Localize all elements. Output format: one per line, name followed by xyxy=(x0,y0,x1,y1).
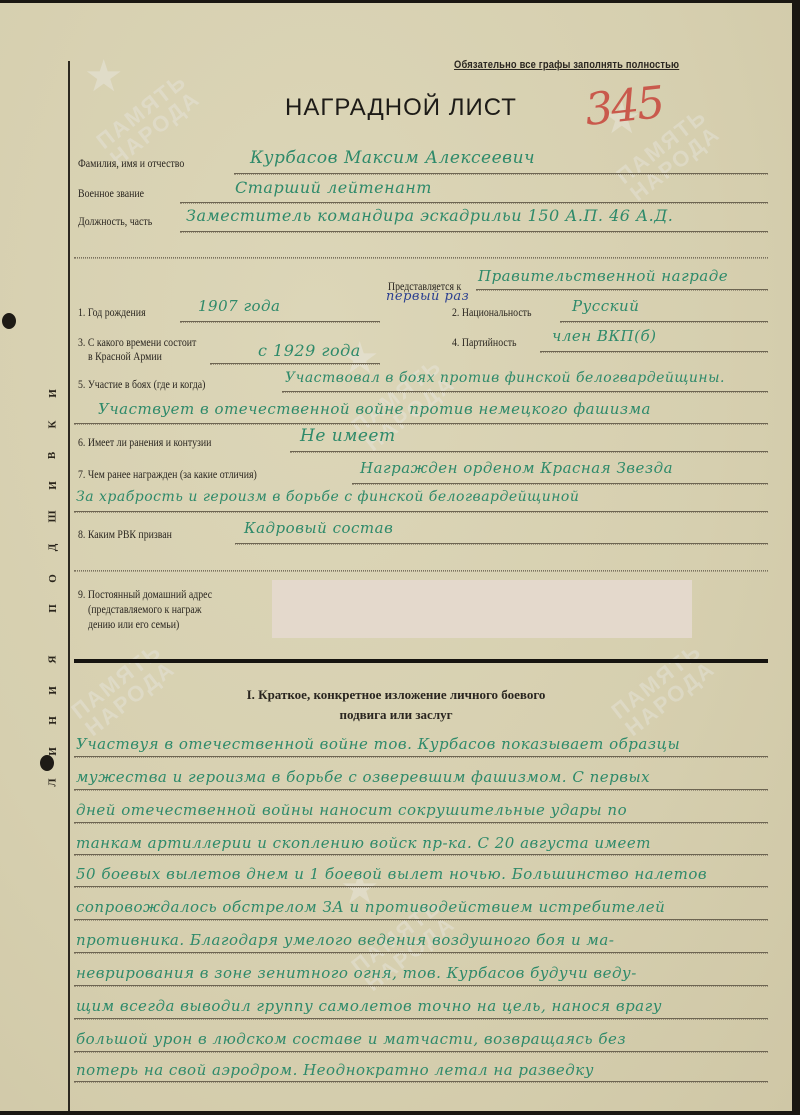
narrative-line: Участвуя в отечественной войне тов. Курб… xyxy=(76,735,680,753)
field-rule xyxy=(180,202,768,204)
wounds-value: Не имеет xyxy=(300,426,396,446)
wounds-label: 6. Имеет ли ранения и контузии xyxy=(78,435,211,450)
narrative-line: дней отечественной войны наносит сокруши… xyxy=(76,801,627,819)
service-since-label-1: 3. С какого времени состоит xyxy=(78,335,196,350)
name-value: Курбасов Максим Алексеевич xyxy=(250,148,535,168)
birth-year-value: 1907 года xyxy=(198,297,281,315)
nationality-value: Русский xyxy=(572,297,639,315)
field-rule xyxy=(282,391,768,393)
binding-letter: И xyxy=(48,747,59,756)
draft-office-label: 8. Каким РВК призван xyxy=(78,527,172,542)
narrative-line: танкам артиллерии и скоплению войск пр-к… xyxy=(76,834,651,852)
nomination-value: Правительственной награде xyxy=(478,267,728,285)
field-rule xyxy=(560,321,768,323)
page-title: НАГРАДНОЙ ЛИСТ xyxy=(285,94,517,122)
narrative-line: неврирования в зоне зенитного огня, тов.… xyxy=(76,964,637,982)
binding-letter: В xyxy=(48,451,59,458)
address-label-2: (представляемого к награж xyxy=(88,602,202,617)
service-since-label-2: в Красной Армии xyxy=(88,349,162,364)
field-rule xyxy=(74,822,768,824)
narrative-line: сопровождалось обстрелом ЗА и противодей… xyxy=(76,898,665,916)
award-sheet-page: Л И Н И Я П О Д Ш И В К И ★ ПАМЯТЬНАРОДА… xyxy=(0,3,792,1111)
field-rule xyxy=(74,1018,768,1020)
combat-participation-value-2: Участвует в отечественной войне против н… xyxy=(98,400,651,418)
party-value: член ВКП(б) xyxy=(552,327,656,345)
field-rule xyxy=(540,351,768,353)
binding-letter: К xyxy=(47,420,58,428)
field-rule xyxy=(210,363,380,365)
section-divider xyxy=(74,257,768,259)
prior-awards-value-2: За храбрость и героизм в борьбе с финско… xyxy=(76,489,579,505)
narrative-line: противника. Благодаря умелого ведения во… xyxy=(76,931,614,949)
rank-value: Старший лейтенант xyxy=(235,178,432,197)
binding-line xyxy=(68,61,70,1111)
field-rule xyxy=(74,886,768,888)
binding-letter: Я xyxy=(47,655,58,663)
prior-awards-label: 7. Чем ранее награжден (за какие отличия… xyxy=(78,467,257,482)
party-label: 4. Партийность xyxy=(452,335,517,350)
binding-letter: Д xyxy=(47,544,58,552)
field-rule xyxy=(74,854,768,856)
binding-line-label: Л И Н И Я П О Д Ш И В К И xyxy=(46,388,60,788)
rank-label: Военное звание xyxy=(78,186,144,201)
address-label-1: 9. Постоянный домашний адрес xyxy=(78,587,212,602)
binding-letter: П xyxy=(48,605,59,614)
binding-letter: И xyxy=(48,389,59,398)
name-label: Фамилия, имя и отчество xyxy=(78,156,184,171)
combat-participation-value-1: Участвовал в боях против финской белогва… xyxy=(285,370,725,386)
position-value: Заместитель командира эскадрильи 150 А.П… xyxy=(186,206,673,225)
field-rule xyxy=(74,756,768,758)
prior-awards-value-1: Награжден орденом Красная Звезда xyxy=(360,459,673,477)
binding-letter: Л xyxy=(47,778,58,786)
field-rule xyxy=(476,289,768,291)
field-rule xyxy=(180,321,380,323)
field-rule xyxy=(352,483,768,485)
section-thick-divider xyxy=(74,659,768,663)
birth-year-label: 1. Год рождения xyxy=(78,305,146,320)
address-redacted xyxy=(272,580,692,638)
section-1-heading: I. Краткое, конкретное изложение личного… xyxy=(0,685,792,725)
nationality-label: 2. Национальность xyxy=(452,305,531,320)
draft-office-value: Кадровый состав xyxy=(244,519,393,537)
narrative-line: 50 боевых вылетов днем и 1 боевой вылет … xyxy=(76,865,707,883)
field-rule xyxy=(180,231,768,233)
field-rule xyxy=(74,511,768,513)
field-rule xyxy=(290,451,768,453)
field-rule xyxy=(74,1051,768,1053)
field-rule xyxy=(235,543,768,545)
field-rule xyxy=(74,952,768,954)
binding-letter: Ш xyxy=(48,511,59,523)
binding-letter: И xyxy=(48,482,59,491)
service-since-value: с 1929 года xyxy=(258,341,361,360)
narrative-line: щим всегда выводил группу самолетов точн… xyxy=(76,997,662,1015)
field-rule xyxy=(74,919,768,921)
narrative-line: мужества и героизма в борьбе с озверевши… xyxy=(76,768,650,786)
section-1-heading-line-1: I. Краткое, конкретное изложение личного… xyxy=(0,685,792,705)
position-label: Должность, часть xyxy=(78,214,152,229)
narrative-line: потерь на свой аэродром. Неоднократно ле… xyxy=(76,1061,594,1079)
field-rule xyxy=(74,1081,768,1083)
field-rule xyxy=(74,570,768,572)
registration-number: 345 xyxy=(583,77,666,136)
field-rule xyxy=(74,423,768,425)
fill-all-fields-notice: Обязательно все графы заполнять полность… xyxy=(454,59,679,71)
binding-letter: О xyxy=(48,574,59,583)
section-1-heading-line-2: подвига или заслуг xyxy=(0,705,792,725)
punch-hole xyxy=(2,313,16,329)
combat-participation-label: 5. Участие в боях (где и когда) xyxy=(78,377,205,392)
address-label-3: дению или его семьи) xyxy=(88,617,179,632)
field-rule xyxy=(74,985,768,987)
field-rule xyxy=(234,173,768,175)
field-rule xyxy=(74,789,768,791)
narrative-line: большой урон в людском составе и матчаст… xyxy=(76,1030,626,1048)
nomination-note: первый раз xyxy=(386,289,469,304)
watermark-star-icon: ★ xyxy=(84,51,123,102)
